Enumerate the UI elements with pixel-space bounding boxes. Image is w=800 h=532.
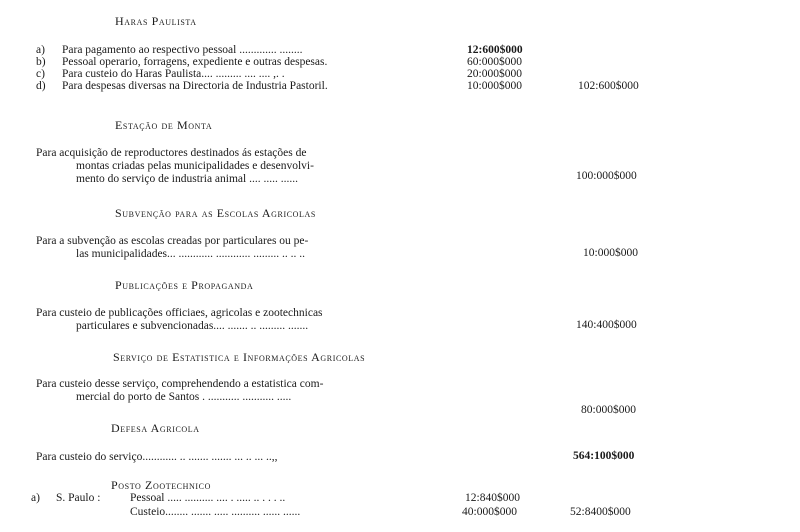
- item-text: Para despesas diversas na Directoria de …: [62, 80, 328, 92]
- item-label: b): [36, 56, 46, 68]
- section-total: 140:400$000: [576, 319, 637, 331]
- item-prefix: S. Paulo :: [56, 492, 100, 504]
- section-heading-posto-zootechnico: Posto Zootechnico: [111, 478, 211, 493]
- section-heading-subvencao-escolas: Subvenção para as Escolas Agricolas: [115, 206, 316, 221]
- item-text: Para pagamento ao respectivo pessoal ...…: [62, 44, 302, 56]
- paragraph-line: mercial do porto de Santos . ...........…: [76, 391, 291, 403]
- section-total: 100:000$000: [576, 170, 637, 182]
- paragraph-line: Para custeio do serviço............ .. .…: [36, 451, 277, 463]
- paragraph-line: mento do serviço de industria animal ...…: [76, 173, 298, 185]
- section-total: 564:100$000: [573, 450, 634, 462]
- item-text: Pessoal operario, forragens, expediente …: [62, 56, 327, 68]
- section-heading-haras-paulista: Haras Paulista: [115, 14, 197, 29]
- item-value: 20:000$000: [467, 68, 522, 80]
- section-total: 102:600$000: [578, 80, 639, 92]
- paragraph-line: montas criadas pelas municipalidades e d…: [76, 160, 314, 172]
- item-value: 40:000$000: [462, 506, 517, 518]
- item-value: 12:840$000: [465, 492, 520, 504]
- item-value: 10:000$000: [467, 80, 522, 92]
- section-heading-defesa-agricola: Defesa Agricola: [111, 421, 200, 436]
- item-label: c): [36, 68, 45, 80]
- item-label: a): [36, 44, 45, 56]
- paragraph-line: las municipalidades... ............ ....…: [76, 248, 305, 260]
- paragraph-line: Para acquisição de reproductores destina…: [36, 147, 306, 159]
- item-value: 12:600$000: [467, 44, 523, 56]
- item-label: d): [36, 80, 46, 92]
- item-text: Para custeio do Haras Paulista.... .....…: [62, 68, 285, 80]
- item-text: Custeio........ ....... ..... ..........…: [130, 506, 300, 518]
- paragraph-line: particulares e subvencionadas.... ......…: [76, 320, 308, 332]
- section-heading-estacao-de-monta: Estação de Monta: [115, 118, 212, 133]
- paragraph-line: Para a subvenção as escolas creadas por …: [36, 235, 308, 247]
- paragraph-line: Para custeio de publicações officiaes, a…: [36, 307, 323, 319]
- item-text: Pessoal ..... .......... .... . ..... ..…: [130, 492, 285, 504]
- section-total: 80:000$000: [581, 404, 636, 416]
- paragraph-line: Para custeio desse serviço, comprehenden…: [36, 378, 323, 390]
- section-total: 10:000$000: [583, 247, 638, 259]
- section-heading-servico-estatistica: Serviço de Estatistica e Informações Agr…: [113, 350, 365, 365]
- item-label: a): [31, 492, 40, 504]
- section-total: 52:8400$000: [570, 506, 631, 518]
- item-value: 60:000$000: [467, 56, 522, 68]
- section-heading-publicacoes-propaganda: Publicações e Propaganda: [115, 278, 253, 293]
